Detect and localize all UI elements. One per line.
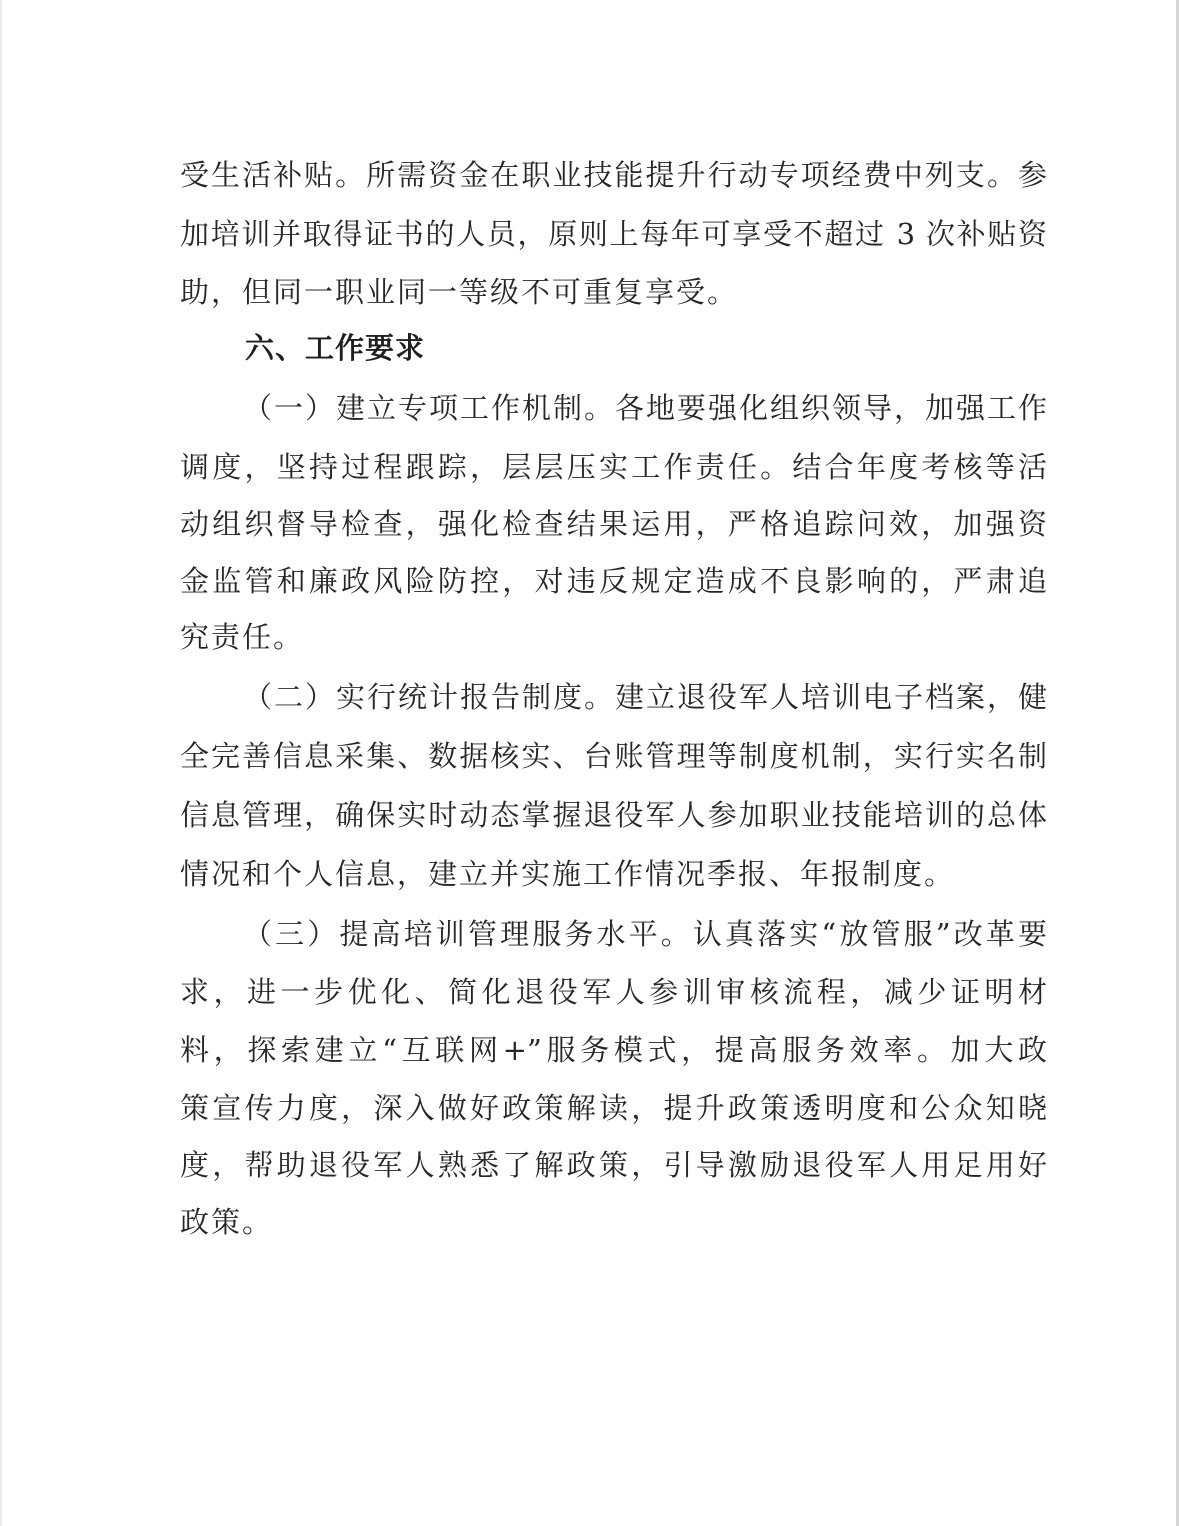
section-2-line: （二）实行统计报告制度。建立退役军人培训电子档案，健 [243,677,1047,717]
section-3-line: （三）提高培训管理服务水平。认真落实“放管服”改革要 [243,914,1047,954]
section-heading: 六、工作要求 [245,328,425,368]
section-3-line: 政策。 [180,1202,1047,1242]
section-3-line: 料，探索建立“互联网+”服务模式，提高服务效率。加大政 [180,1030,1047,1070]
section-1-line: 调度，坚持过程跟踪，层层压实工作责任。结合年度考核等活 [180,447,1047,487]
paragraph-line: 加培训并取得证书的人员，原则上每年可享受不超过 3 次补贴资 [180,214,1047,254]
document-page: 受生活补贴。所需资金在职业技能提升行动专项经费中列支。参 加培训并取得证书的人员… [0,0,1179,1526]
paragraph-line: 助，但同一职业同一等级不可重复享受。 [180,272,1047,312]
section-1-line: （一）建立专项工作机制。各地要强化组织领导，加强工作 [243,388,1047,428]
section-3-line: 求，进一步优化、简化退役军人参训审核流程，减少证明材 [180,972,1047,1012]
section-2-line: 信息管理，确保实时动态掌握退役军人参加职业技能培训的总体 [180,795,1047,835]
section-1-line: 动组织督导检查，强化检查结果运用，严格追踪问效，加强资 [180,504,1047,544]
section-1-line: 金监管和廉政风险防控，对违反规定造成不良影响的，严肃追 [180,561,1047,601]
section-2-line: 全完善信息采集、数据核实、台账管理等制度机制，实行实名制 [180,736,1047,776]
section-2-line: 情况和个人信息，建立并实施工作情况季报、年报制度。 [180,854,1047,894]
section-3-line: 策宣传力度，深入做好政策解读，提升政策透明度和公众知晓 [180,1088,1047,1128]
section-3-line: 度，帮助退役军人熟悉了解政策，引导激励退役军人用足用好 [180,1145,1047,1185]
section-1-line: 究责任。 [180,617,1047,657]
paragraph-line: 受生活补贴。所需资金在职业技能提升行动专项经费中列支。参 [180,155,1047,195]
